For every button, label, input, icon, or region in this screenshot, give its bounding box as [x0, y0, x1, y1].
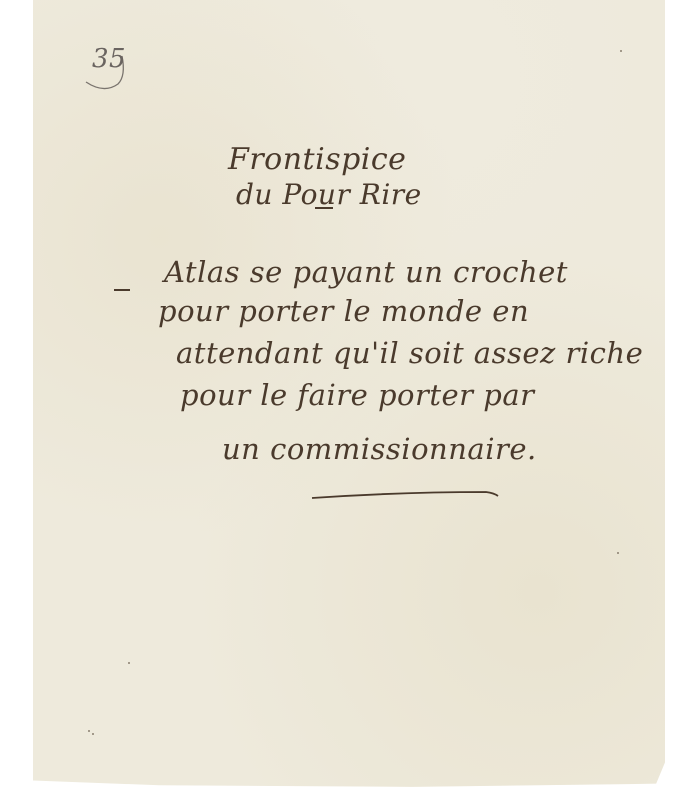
body-leading-dash: [114, 289, 130, 291]
body-line-3: attendant qu'il soit assez riche: [176, 336, 643, 370]
body-line-4: pour le faire porter par: [180, 378, 534, 412]
paper-speck: [88, 730, 90, 732]
title-line-1: Frontispice: [228, 142, 406, 177]
paper-speck: [128, 662, 130, 664]
title-separator-dash: [315, 207, 333, 209]
body-line-2: pour porter le monde en: [158, 294, 529, 328]
folio-number: 35: [92, 44, 126, 74]
paper-speck: [617, 552, 619, 554]
closing-flourish-line: [310, 486, 500, 506]
paper-speck: [92, 733, 94, 735]
body-line-5: un commissionnaire.: [222, 432, 537, 466]
body-line-1: Atlas se payant un crochet: [164, 255, 568, 289]
paper-speck: [620, 50, 622, 52]
